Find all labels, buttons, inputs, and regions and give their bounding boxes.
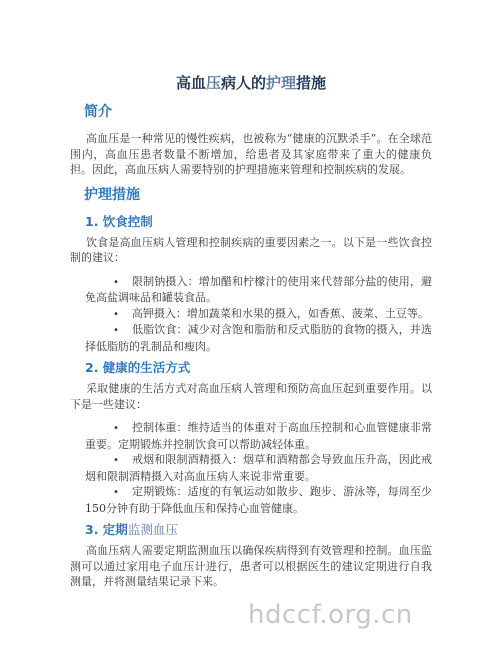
bullet-item: •控制体重：维持适当的体重对于高血压控制和心血管健康非常重要。定期锻炼并控制饮食…: [85, 420, 432, 452]
title-keyword: 压: [206, 74, 221, 92]
bullet-dot-icon: •: [113, 455, 119, 466]
subsection-heading-3: 3. 定期监测血压: [85, 522, 432, 537]
bullet-text: 戒烟和限制酒精摄入：烟草和酒精都会导致血压升高，因此戒烟和限制酒精摄入对高血压病…: [85, 453, 432, 483]
bullet-item: •戒烟和限制酒精摄入：烟草和酒精都会导致血压升高，因此戒烟和限制酒精摄入对高血压…: [85, 452, 432, 484]
intro-paragraph: 高血压是一种常见的慢性疾病，也被称为“健康的沉默杀手”。在全球范围内，高血压患者…: [70, 131, 432, 178]
care-measures-heading: 护理措施: [84, 186, 432, 204]
subsection-heading-3-keyword: 监测血压: [128, 522, 178, 537]
subsection-heading-1-text: 1. 饮食控制: [85, 214, 153, 229]
intro-heading: 简介: [84, 103, 432, 121]
bullet-text: 定期锻炼：适度的有氧运动如散步、跑步、游泳等，每周至少150分钟有助于降低血压和…: [85, 485, 432, 515]
subsection-paragraph-1: 饮食是高血压病人管理和控制疾病的重要因素之一。以下是一些饮食控制的建议：: [70, 235, 432, 266]
bullet-text: 低脂饮食：减少对含饱和脂肪和反式脂肪的食物的摄入，并选择低脂肪的乳制品和瘦肉。: [85, 323, 432, 353]
bullet-dot-icon: •: [113, 325, 119, 336]
bullet-dot-icon: •: [113, 423, 119, 434]
bullet-list-2: •控制体重：维持适当的体重对于高血压控制和心血管健康非常重要。定期锻炼并控制饮食…: [70, 420, 432, 516]
bullet-dot-icon: •: [113, 309, 119, 320]
title-text: 病人的: [221, 74, 266, 92]
bullet-dot-icon: •: [113, 487, 119, 498]
bullet-list-1: •限制钠摄入：增加醋和柠檬汁的使用来代替部分盐的使用，避免高盐调味品和罐装食品。…: [70, 274, 432, 355]
title-text: 高血: [176, 74, 206, 92]
document-page: 高血压病人的护理措施 简介 高血压是一种常见的慢性疾病，也被称为“健康的沉默杀手…: [0, 0, 500, 647]
watermark: hdccf.org.cn: [248, 600, 413, 630]
bullet-item: •定期锻炼：适度的有氧运动如散步、跑步、游泳等，每周至少150分钟有助于降低血压…: [85, 484, 432, 516]
bullet-text: 高钾摄入：增加蔬菜和水果的摄入，如香蕉、菠菜、土豆等。: [132, 307, 429, 320]
bullet-item: •限制钠摄入：增加醋和柠檬汁的使用来代替部分盐的使用，避免高盐调味品和罐装食品。: [85, 274, 432, 306]
title-keyword: 护理: [266, 74, 296, 92]
document-title: 高血压病人的护理措施: [70, 75, 432, 92]
subsection-heading-2: 2. 健康的生活方式: [85, 360, 432, 375]
title-text: 措施: [296, 74, 326, 92]
bullet-text: 限制钠摄入：增加醋和柠檬汁的使用来代替部分盐的使用，避免高盐调味品和罐装食品。: [85, 275, 432, 305]
bullet-item: •低脂饮食：减少对含饱和脂肪和反式脂肪的食物的摄入，并选择低脂肪的乳制品和瘦肉。: [85, 322, 432, 354]
bullet-text: 控制体重：维持适当的体重对于高血压控制和心血管健康非常重要。定期锻炼并控制饮食可…: [85, 421, 432, 451]
bullet-dot-icon: •: [113, 277, 119, 288]
subsection-heading-3-text: 3. 定期: [85, 522, 128, 537]
subsection-paragraph-3: 高血压病人需要定期监测血压以确保疾病得到有效管理和控制。血压监测可以通过家用电子…: [70, 543, 432, 590]
subsection-paragraph-2: 采取健康的生活方式对高血压病人管理和预防高血压起到重要作用。以下是一些建议：: [70, 381, 432, 412]
subsection-heading-1: 1. 饮食控制: [85, 214, 432, 229]
subsection-heading-2-text: 2. 健康的生活方式: [85, 360, 190, 375]
care-subsections: 1. 饮食控制饮食是高血压病人管理和控制疾病的重要因素之一。以下是一些饮食控制的…: [70, 214, 432, 590]
bullet-item: •高钾摄入：增加蔬菜和水果的摄入，如香蕉、菠菜、土豆等。: [85, 306, 432, 323]
